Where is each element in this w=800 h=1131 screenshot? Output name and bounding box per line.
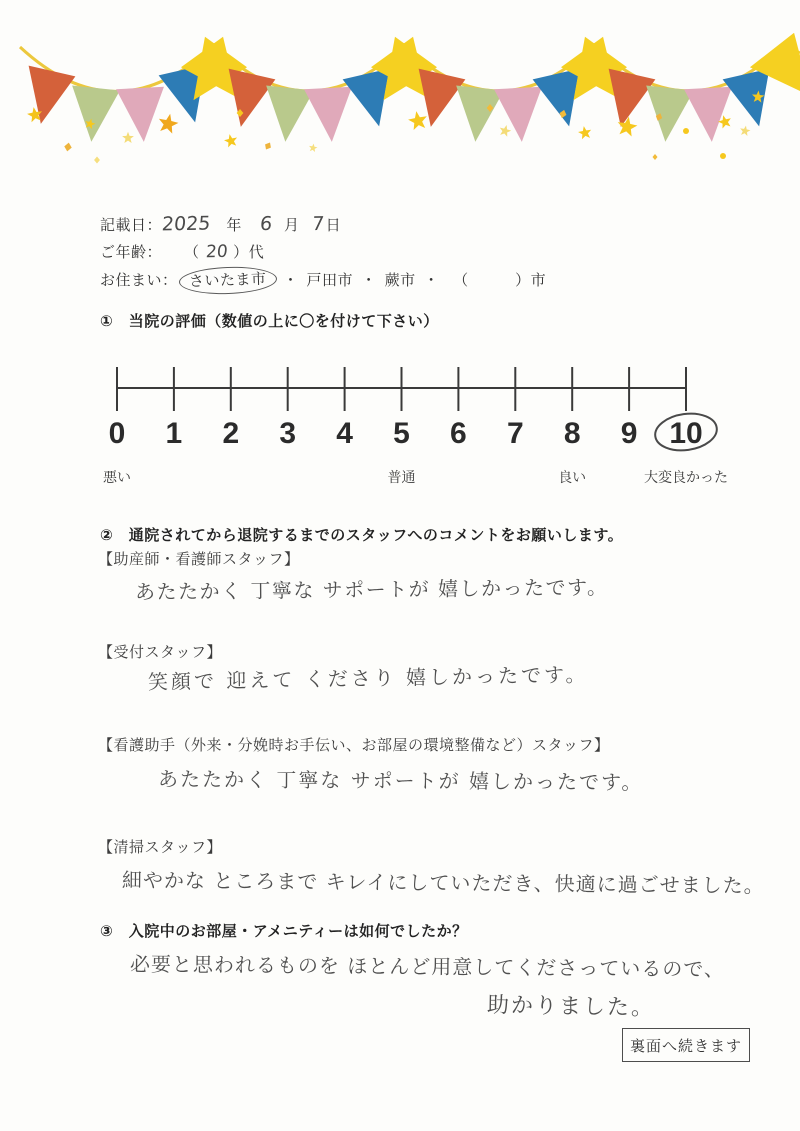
rating-scale: 012345678910 bbox=[80, 355, 720, 465]
residence-city-3: 蕨市 bbox=[385, 269, 416, 290]
rating-scale-anchors: 悪い普通良い大変良かった bbox=[0, 467, 800, 487]
residence-label: お住まい： bbox=[100, 269, 178, 290]
scale-number-8: 8 bbox=[564, 417, 581, 450]
residence-separator: ・ bbox=[283, 269, 299, 290]
q2-heading: ② 通院されてから退院するまでのスタッフへのコメントをお願いします。 bbox=[100, 524, 623, 545]
residence-field-row: お住まい： さいたま市 ・ 戸田市 ・ 蕨市 ・ （ ）市 bbox=[100, 267, 546, 294]
date-day-value: 7 bbox=[311, 213, 325, 235]
flag-triangle bbox=[684, 87, 735, 143]
residence-selected-city: さいたま市 bbox=[178, 265, 276, 295]
scale-number-0: 0 bbox=[109, 417, 126, 450]
q2-answer-nursing-assistant: あたたかく 丁寧な サポートが 嬉しかったです。 bbox=[158, 763, 644, 795]
q2-item-label-reception: 【受付スタッフ】 bbox=[98, 641, 222, 662]
star-icon bbox=[122, 132, 134, 143]
q2-answer-cleaning: 細やかな ところまで キレイにしていただき、快適に過ごせました。 bbox=[122, 864, 765, 899]
flag-triangle bbox=[723, 69, 782, 132]
flag-triangle bbox=[260, 85, 313, 144]
scale-number-6: 6 bbox=[450, 417, 467, 450]
date-day-unit: 日 bbox=[326, 214, 342, 235]
age-unit: 代 bbox=[249, 241, 265, 262]
star-icon bbox=[308, 143, 318, 153]
continue-on-back-text: 裏面へ続きます bbox=[630, 1035, 742, 1056]
bunting-banner-decoration bbox=[0, 33, 800, 178]
star-icon bbox=[498, 123, 512, 137]
age-paren-open: （ bbox=[184, 241, 200, 262]
scale-anchor-label-0: 悪い bbox=[103, 467, 131, 487]
star-icon bbox=[223, 133, 239, 148]
date-month-unit: 月 bbox=[284, 214, 300, 235]
q1-heading: ① 当院の評価（数値の上に〇を付けて下さい） bbox=[100, 310, 439, 331]
date-year-unit: 年 bbox=[226, 214, 242, 235]
continue-on-back-box: 裏面へ続きます bbox=[622, 1028, 750, 1062]
scale-number-1: 1 bbox=[166, 417, 183, 450]
residence-other-blank: （ ）市 bbox=[453, 269, 546, 290]
q2-item-label-nursing-assistant: 【看護助手（外来・分娩時お手伝い、お部屋の環境整備など）スタッフ】 bbox=[98, 734, 610, 755]
flag-triangle bbox=[16, 66, 75, 129]
q3-heading: ③ 入院中のお部屋・アメニティーは如何でしたか？ bbox=[100, 920, 468, 941]
q3-answer-line2: 助かりました。 bbox=[487, 988, 656, 1022]
residence-separator: ・ bbox=[424, 269, 440, 290]
sparkle-icon bbox=[63, 142, 72, 152]
flag-triangle bbox=[116, 87, 167, 143]
scale-number-10: 10 bbox=[669, 417, 702, 450]
star-icon bbox=[156, 112, 179, 135]
scale-anchor-label-5: 普通 bbox=[388, 467, 416, 487]
scale-number-5: 5 bbox=[393, 417, 410, 450]
age-field-row: ご年齢： （ 20 ） 代 bbox=[100, 241, 264, 262]
residence-city-2: 戸田市 bbox=[307, 269, 354, 290]
date-label: 記載日： bbox=[100, 214, 162, 235]
flag-triangle bbox=[640, 85, 693, 144]
sparkle-icon bbox=[94, 157, 100, 164]
scale-number-2: 2 bbox=[222, 417, 239, 450]
age-paren-close: ） bbox=[233, 241, 249, 262]
residence-separator: ・ bbox=[361, 269, 377, 290]
star-icon bbox=[577, 125, 592, 140]
date-month-value: 6 bbox=[259, 213, 273, 235]
age-value: 20 bbox=[205, 242, 228, 262]
flag-garland bbox=[16, 33, 800, 144]
sparkle-icon bbox=[683, 128, 689, 134]
flag-triangle bbox=[450, 85, 503, 144]
sparkle-icon bbox=[263, 141, 273, 151]
scale-number-4: 4 bbox=[336, 417, 353, 450]
q2-answer-reception: 笑顔で 迎えて くださり 嬉しかったです。 bbox=[148, 658, 589, 695]
age-label: ご年齢： bbox=[100, 241, 162, 262]
scale-number-3: 3 bbox=[279, 417, 296, 450]
flag-triangle bbox=[66, 85, 119, 144]
q3-answer-line1: 必要と思われるものを ほとんど用意してくださっているので、 bbox=[130, 948, 725, 982]
star-icon bbox=[739, 125, 751, 137]
star-icon bbox=[407, 110, 429, 131]
scale-number-7: 7 bbox=[507, 417, 524, 450]
scale-number-9: 9 bbox=[621, 417, 638, 450]
scale-anchor-label-8: 良い bbox=[558, 467, 586, 487]
q2-item-label-midwife-nurse: 【助産師・看護師スタッフ】 bbox=[98, 548, 300, 569]
sparkle-icon bbox=[652, 154, 657, 160]
date-year-value: 2025 bbox=[161, 213, 211, 236]
flag-triangle bbox=[304, 87, 355, 143]
flag-triangle bbox=[494, 87, 545, 143]
scale-anchor-label-10: 大変良かった bbox=[644, 467, 728, 487]
q2-item-label-cleaning: 【清掃スタッフ】 bbox=[98, 836, 222, 857]
date-field-row: 記載日： 2025 年 6 月 7 日 bbox=[100, 213, 341, 235]
survey-form-page: 記載日： 2025 年 6 月 7 日 ご年齢： （ 20 ） 代 お住まい： … bbox=[0, 0, 800, 1131]
q2-answer-midwife-nurse: あたたかく 丁寧な サポートが 嬉しかったです。 bbox=[135, 571, 609, 605]
sparkle-icon bbox=[720, 153, 726, 159]
